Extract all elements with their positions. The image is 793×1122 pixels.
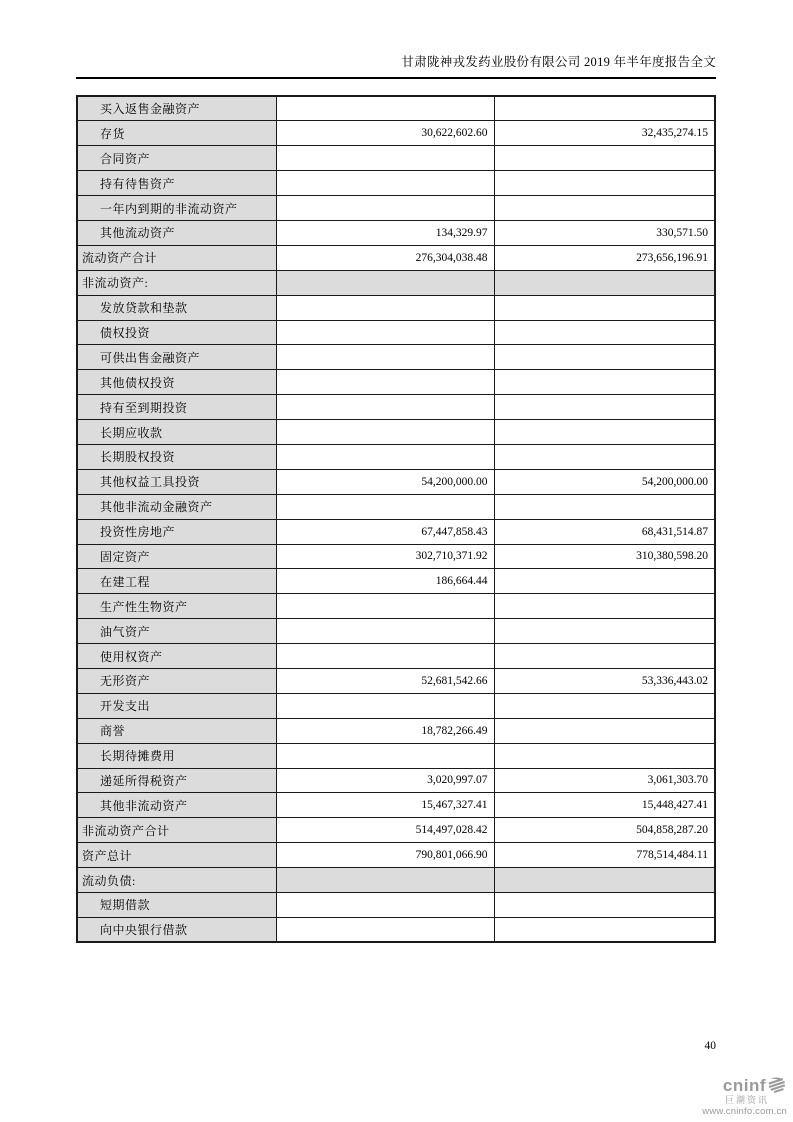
cninfo-website: www.cninfo.com.cn — [701, 1107, 787, 1117]
table-row: 长期应收款 — [77, 420, 715, 445]
row-label: 商誉 — [77, 718, 276, 743]
value-cell-1 — [276, 743, 494, 768]
row-label: 其他权益工具投资 — [77, 469, 276, 494]
row-label: 开发支出 — [77, 693, 276, 718]
value-cell-1 — [276, 196, 494, 221]
table-row: 无形资产 52,681,542.66 53,336,443.02 — [77, 668, 715, 693]
value-cell-1: 514,497,028.42 — [276, 818, 494, 843]
value-cell-2: 310,380,598.20 — [494, 544, 715, 569]
table-row: 开发支出 — [77, 693, 715, 718]
table-row: 商誉 18,782,266.49 — [77, 718, 715, 743]
value-cell-2 — [494, 718, 715, 743]
value-cell-2 — [494, 594, 715, 619]
value-cell-2 — [494, 171, 715, 196]
value-cell-1: 302,710,371.92 — [276, 544, 494, 569]
value-cell-1 — [276, 370, 494, 395]
table-row: 递延所得税资产 3,020,997.07 3,061,303.70 — [77, 768, 715, 793]
value-cell-1: 15,467,327.41 — [276, 793, 494, 818]
cninfo-chinese-name: 巨潮资讯 — [701, 1096, 787, 1105]
cninfo-logo: cninf 巨潮资讯 www.cninfo.com.cn — [701, 1076, 787, 1117]
row-label: 使用权资产 — [77, 644, 276, 669]
value-cell-1 — [276, 295, 494, 320]
table-row: 发放贷款和垫款 — [77, 295, 715, 320]
value-cell-2 — [494, 295, 715, 320]
row-label: 生产性生物资产 — [77, 594, 276, 619]
value-cell-2 — [494, 146, 715, 171]
striped-globe-icon — [767, 1076, 787, 1094]
row-label: 可供出售金融资产 — [77, 345, 276, 370]
value-cell-2 — [494, 345, 715, 370]
value-cell-1 — [276, 320, 494, 345]
row-label: 非流动资产: — [77, 270, 276, 295]
cninfo-brand-text: cninf — [723, 1077, 766, 1095]
value-cell-2 — [494, 395, 715, 420]
value-cell-2 — [494, 893, 715, 918]
table-row: 可供出售金融资产 — [77, 345, 715, 370]
row-label: 递延所得税资产 — [77, 768, 276, 793]
table-row: 生产性生物资产 — [77, 594, 715, 619]
row-label: 固定资产 — [77, 544, 276, 569]
value-cell-1 — [276, 868, 494, 893]
row-label: 长期待摊费用 — [77, 743, 276, 768]
value-cell-1 — [276, 395, 494, 420]
row-label: 其他非流动金融资产 — [77, 494, 276, 519]
value-cell-1: 52,681,542.66 — [276, 668, 494, 693]
row-label: 流动负债: — [77, 868, 276, 893]
table-row: 固定资产 302,710,371.92 310,380,598.20 — [77, 544, 715, 569]
report-page: 甘肃陇神戎发药业股份有限公司 2019 年半年度报告全文 买入返售金融资产 存货… — [0, 0, 793, 1122]
value-cell-1: 186,664.44 — [276, 569, 494, 594]
row-label: 长期应收款 — [77, 420, 276, 445]
value-cell-1: 790,801,066.90 — [276, 843, 494, 868]
row-label: 长期股权投资 — [77, 444, 276, 469]
value-cell-1 — [276, 494, 494, 519]
value-cell-1 — [276, 444, 494, 469]
value-cell-2: 15,448,427.41 — [494, 793, 715, 818]
value-cell-2 — [494, 868, 715, 893]
value-cell-2 — [494, 96, 715, 121]
row-label: 买入返售金融资产 — [77, 96, 276, 121]
balance-sheet-table: 买入返售金融资产 存货 30,622,602.60 32,435,274.15 … — [76, 95, 716, 943]
value-cell-1 — [276, 619, 494, 644]
value-cell-1 — [276, 146, 494, 171]
table-row: 债权投资 — [77, 320, 715, 345]
report-header-title: 甘肃陇神戎发药业股份有限公司 2019 年半年度报告全文 — [76, 52, 716, 79]
value-cell-1 — [276, 917, 494, 942]
value-cell-2: 32,435,274.15 — [494, 121, 715, 146]
row-label: 持有待售资产 — [77, 171, 276, 196]
row-label: 其他流动资产 — [77, 220, 276, 245]
row-label: 在建工程 — [77, 569, 276, 594]
value-cell-2 — [494, 693, 715, 718]
value-cell-1 — [276, 345, 494, 370]
value-cell-2 — [494, 420, 715, 445]
value-cell-1 — [276, 594, 494, 619]
table-row: 资产总计 790,801,066.90 778,514,484.11 — [77, 843, 715, 868]
table-row: 其他流动资产 134,329.97 330,571.50 — [77, 220, 715, 245]
table-row: 向中央银行借款 — [77, 917, 715, 942]
value-cell-2: 3,061,303.70 — [494, 768, 715, 793]
value-cell-1 — [276, 96, 494, 121]
row-label: 合同资产 — [77, 146, 276, 171]
value-cell-1: 18,782,266.49 — [276, 718, 494, 743]
value-cell-2 — [494, 270, 715, 295]
row-label: 债权投资 — [77, 320, 276, 345]
value-cell-2: 504,858,287.20 — [494, 818, 715, 843]
table-row: 其他债权投资 — [77, 370, 715, 395]
value-cell-2: 54,200,000.00 — [494, 469, 715, 494]
table-row: 在建工程 186,664.44 — [77, 569, 715, 594]
balance-sheet-table-wrap: 买入返售金融资产 存货 30,622,602.60 32,435,274.15 … — [76, 95, 716, 943]
value-cell-2: 330,571.50 — [494, 220, 715, 245]
value-cell-2 — [494, 494, 715, 519]
table-row: 持有待售资产 — [77, 171, 715, 196]
row-label: 持有至到期投资 — [77, 395, 276, 420]
value-cell-1 — [276, 693, 494, 718]
row-label: 无形资产 — [77, 668, 276, 693]
table-row: 油气资产 — [77, 619, 715, 644]
table-row: 存货 30,622,602.60 32,435,274.15 — [77, 121, 715, 146]
value-cell-1: 3,020,997.07 — [276, 768, 494, 793]
value-cell-1: 54,200,000.00 — [276, 469, 494, 494]
table-row: 持有至到期投资 — [77, 395, 715, 420]
row-label: 资产总计 — [77, 843, 276, 868]
table-row: 合同资产 — [77, 146, 715, 171]
value-cell-1: 30,622,602.60 — [276, 121, 494, 146]
value-cell-1 — [276, 270, 494, 295]
row-label: 其他债权投资 — [77, 370, 276, 395]
row-label: 一年内到期的非流动资产 — [77, 196, 276, 221]
page-number: 40 — [705, 1040, 717, 1052]
table-row: 投资性房地产 67,447,858.43 68,431,514.87 — [77, 519, 715, 544]
value-cell-2 — [494, 320, 715, 345]
value-cell-2 — [494, 370, 715, 395]
table-row: 非流动资产合计 514,497,028.42 504,858,287.20 — [77, 818, 715, 843]
table-row: 短期借款 — [77, 893, 715, 918]
table-row: 流动负债: — [77, 868, 715, 893]
row-label: 其他非流动资产 — [77, 793, 276, 818]
value-cell-2 — [494, 743, 715, 768]
value-cell-1 — [276, 171, 494, 196]
row-label: 短期借款 — [77, 893, 276, 918]
balance-sheet-body: 买入返售金融资产 存货 30,622,602.60 32,435,274.15 … — [77, 96, 715, 942]
value-cell-2 — [494, 644, 715, 669]
row-label: 存货 — [77, 121, 276, 146]
table-row: 一年内到期的非流动资产 — [77, 196, 715, 221]
table-row: 使用权资产 — [77, 644, 715, 669]
row-label: 流动资产合计 — [77, 245, 276, 270]
table-row: 长期股权投资 — [77, 444, 715, 469]
value-cell-2: 53,336,443.02 — [494, 668, 715, 693]
value-cell-2 — [494, 619, 715, 644]
cninfo-logo-top: cninf — [701, 1076, 787, 1095]
table-row: 买入返售金融资产 — [77, 96, 715, 121]
table-row: 其他权益工具投资 54,200,000.00 54,200,000.00 — [77, 469, 715, 494]
row-label: 非流动资产合计 — [77, 818, 276, 843]
row-label: 向中央银行借款 — [77, 917, 276, 942]
value-cell-2: 778,514,484.11 — [494, 843, 715, 868]
value-cell-2 — [494, 444, 715, 469]
value-cell-2 — [494, 196, 715, 221]
value-cell-1: 67,447,858.43 — [276, 519, 494, 544]
value-cell-1 — [276, 420, 494, 445]
table-row: 其他非流动资产 15,467,327.41 15,448,427.41 — [77, 793, 715, 818]
value-cell-2: 273,656,196.91 — [494, 245, 715, 270]
value-cell-2 — [494, 917, 715, 942]
value-cell-2: 68,431,514.87 — [494, 519, 715, 544]
table-row: 流动资产合计 276,304,038.48 273,656,196.91 — [77, 245, 715, 270]
value-cell-1 — [276, 893, 494, 918]
table-row: 其他非流动金融资产 — [77, 494, 715, 519]
value-cell-2 — [494, 569, 715, 594]
value-cell-1: 276,304,038.48 — [276, 245, 494, 270]
row-label: 油气资产 — [77, 619, 276, 644]
row-label: 发放贷款和垫款 — [77, 295, 276, 320]
value-cell-1: 134,329.97 — [276, 220, 494, 245]
table-row: 长期待摊费用 — [77, 743, 715, 768]
row-label: 投资性房地产 — [77, 519, 276, 544]
table-row: 非流动资产: — [77, 270, 715, 295]
value-cell-1 — [276, 644, 494, 669]
